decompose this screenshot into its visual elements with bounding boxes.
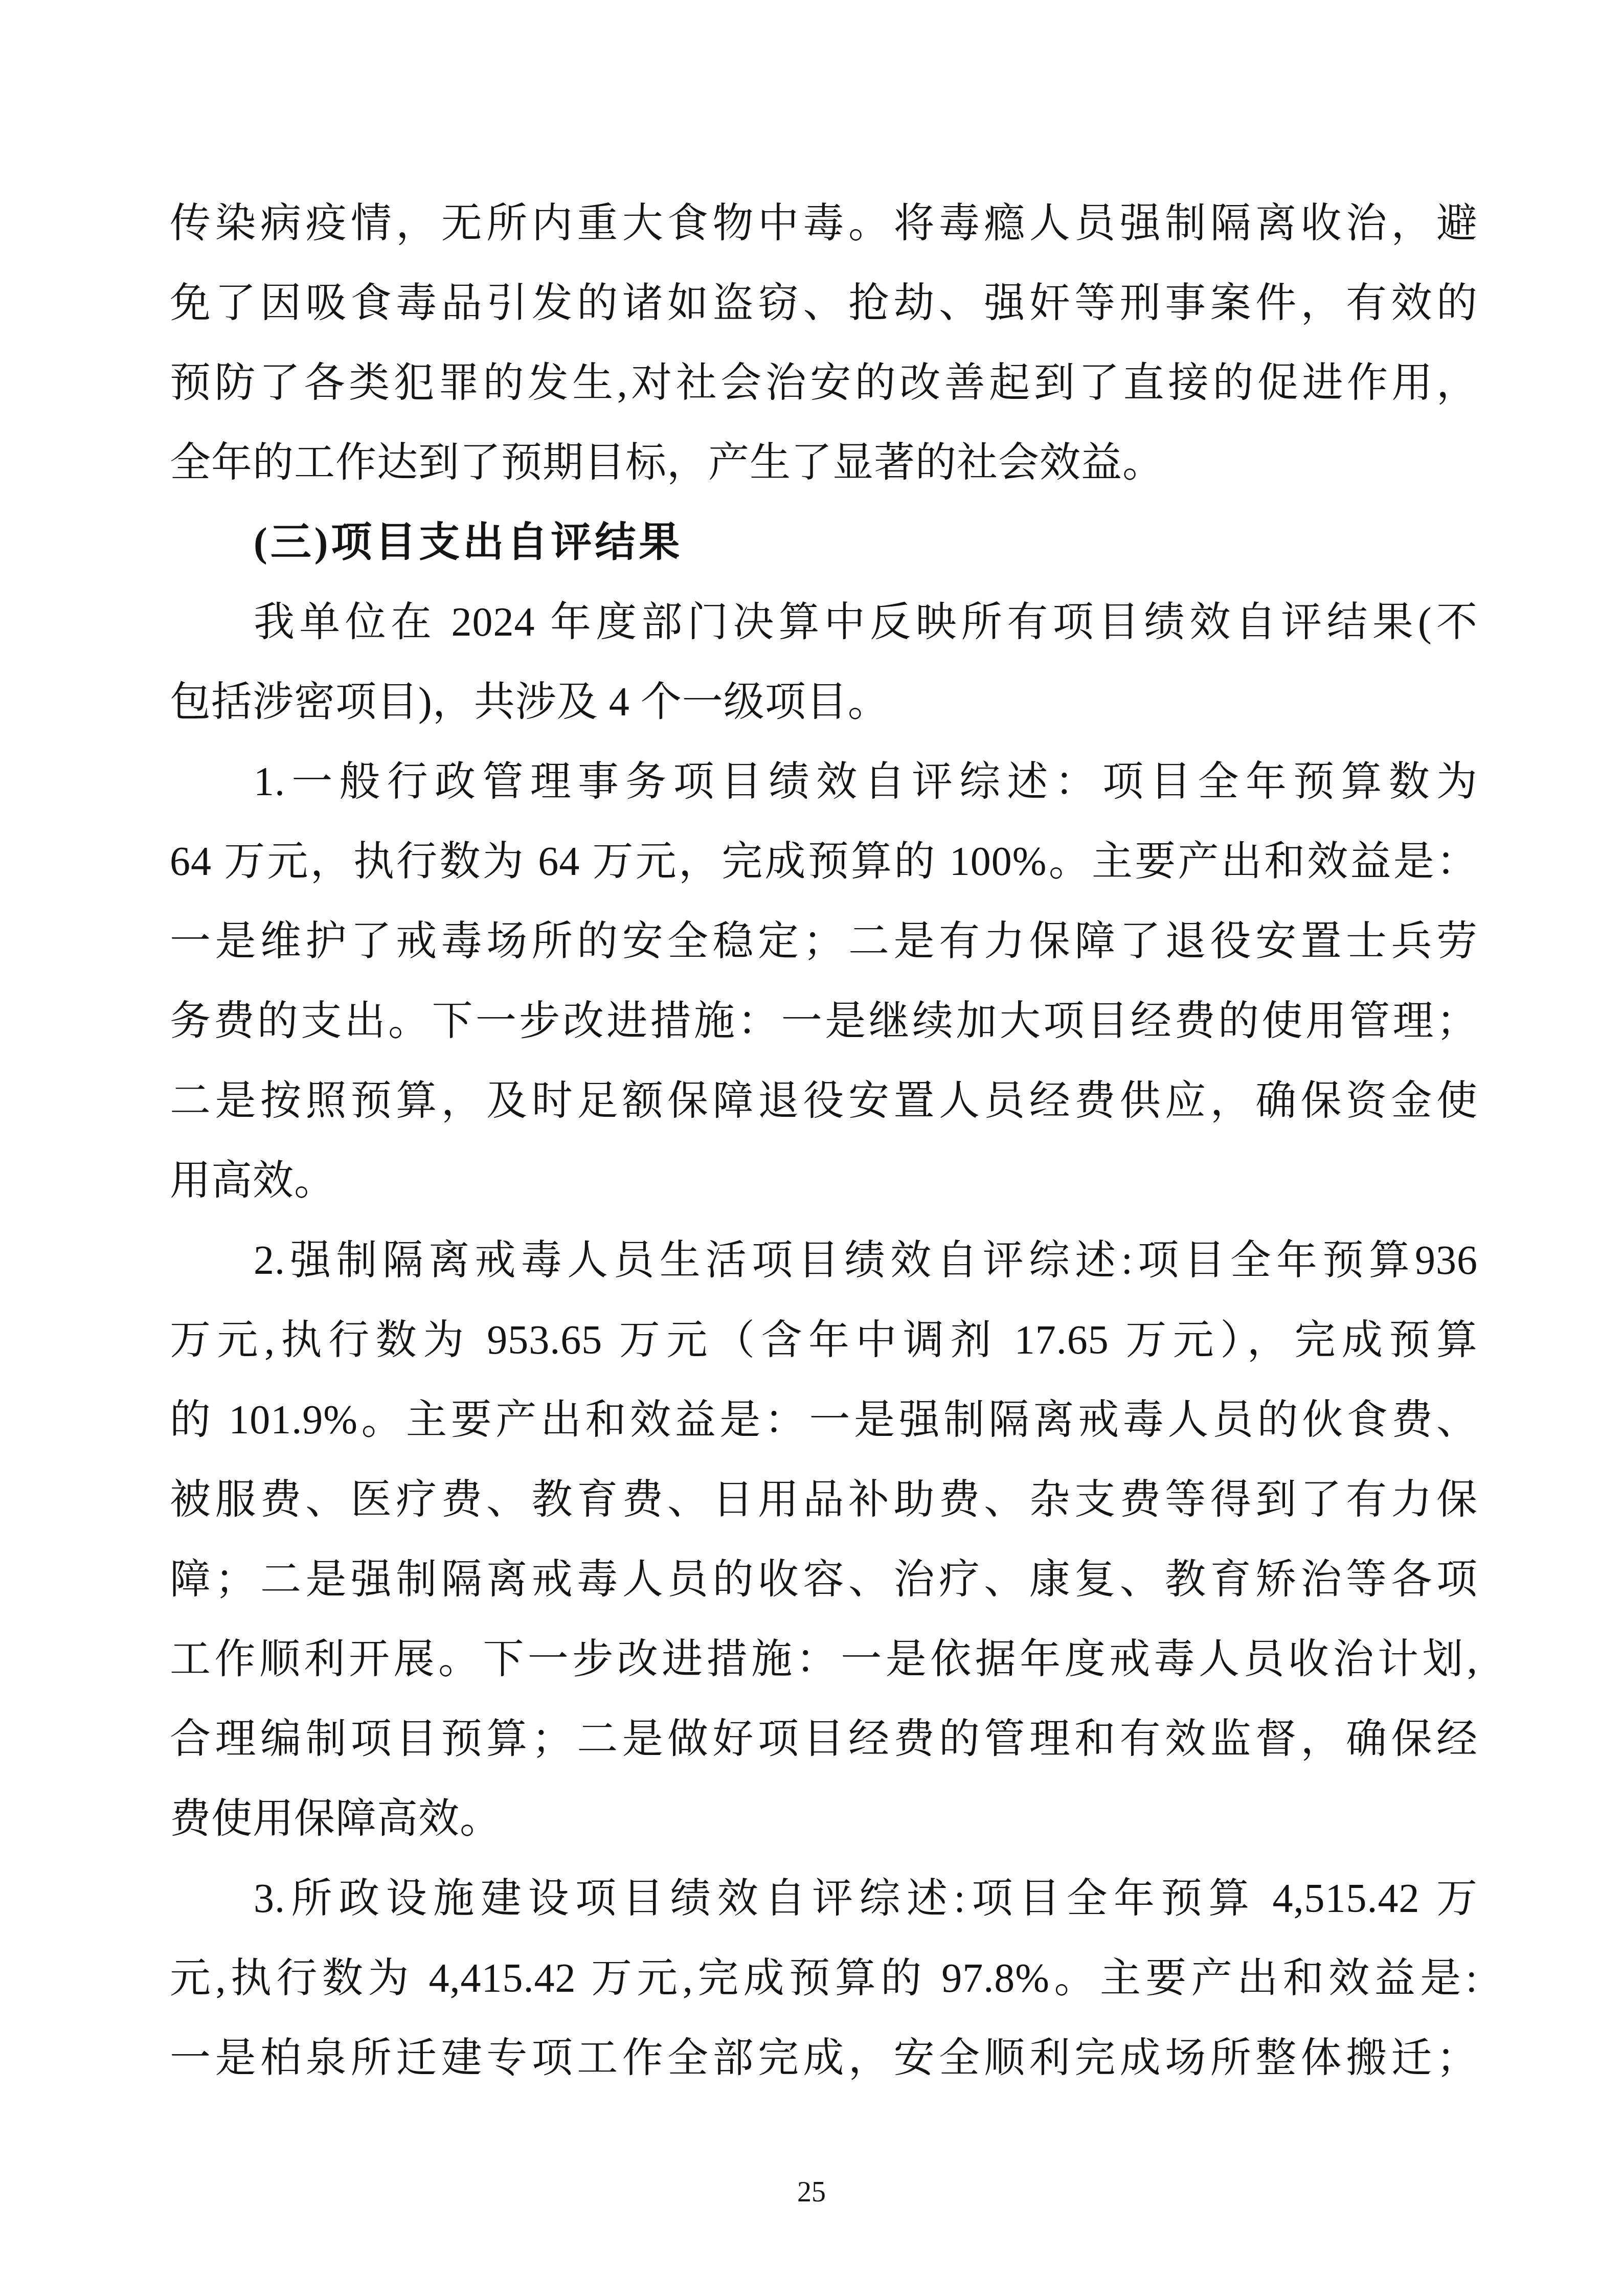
text-line: 全年的工作达到了预期目标，产生了显著的社会效益。 [170, 423, 1478, 503]
text-line: 我单位在 2024 年度部门决算中反映所有项目绩效自评结果(不 [170, 582, 1478, 662]
text-line: 免了因吸食毒品引发的诸如盗窃、抢劫、强奸等刑事案件，有效的 [170, 263, 1478, 343]
text-line: 工作顺利开展。下一步改进措施：一是依据年度戒毒人员收治计划, [170, 1619, 1478, 1699]
document-page: 传染病疫情，无所内重大食物中毒。将毒瘾人员强制隔离收治，避免了因吸食毒品引发的诸… [0, 0, 1623, 2296]
text-line: 3.所政设施建设项目绩效自评综述:项目全年预算 4,515.42 万 [170, 1859, 1478, 1939]
text-line: 万元,执行数为 953.65 万元（含年中调剂 17.65 万元），完成预算 [170, 1300, 1478, 1380]
page-number: 25 [0, 2174, 1623, 2210]
text-line: 二是按照预算，及时足额保障退役安置人员经费供应，确保资金使 [170, 1061, 1478, 1141]
text-line: 预防了各类犯罪的发生,对社会治安的改善起到了直接的促进作用， [170, 343, 1478, 423]
text-line: 传染病疫情，无所内重大食物中毒。将毒瘾人员强制隔离收治，避 [170, 184, 1478, 263]
text-line: 2.强制隔离戒毒人员生活项目绩效自评综述:项目全年预算936 [170, 1221, 1478, 1300]
text-line: 务费的支出。下一步改进措施：一是继续加大项目经费的使用管理； [170, 981, 1478, 1061]
document-body: 传染病疫情，无所内重大食物中毒。将毒瘾人员强制隔离收治，避免了因吸食毒品引发的诸… [170, 184, 1478, 2098]
text-line: 包括涉密项目)，共涉及 4 个一级项目。 [170, 662, 1478, 742]
text-line: 费使用保障高效。 [170, 1779, 1478, 1859]
text-line: 障；二是强制隔离戒毒人员的收容、治疗、康复、教育矫治等各项 [170, 1540, 1478, 1619]
text-line: 64 万元，执行数为 64 万元，完成预算的 100%。主要产出和效益是： [170, 822, 1478, 902]
text-line: 被服费、医疗费、教育费、日用品补助费、杂支费等得到了有力保 [170, 1460, 1478, 1540]
text-line: 的 101.9%。主要产出和效益是：一是强制隔离戒毒人员的伙食费、 [170, 1380, 1478, 1460]
text-line: 一是柏泉所迁建专项工作全部完成，安全顺利完成场所整体搬迁； [170, 2018, 1478, 2098]
text-line: 元,执行数为 4,415.42 万元,完成预算的 97.8%。主要产出和效益是: [170, 1939, 1478, 2018]
text-line: 1.一般行政管理事务项目绩效自评综述：项目全年预算数为 [170, 742, 1478, 822]
section-heading: (三)项目支出自评结果 [170, 503, 1478, 582]
text-line: 合理编制项目预算；二是做好项目经费的管理和有效监督，确保经 [170, 1699, 1478, 1779]
text-line: 用高效。 [170, 1141, 1478, 1221]
text-line: 一是维护了戒毒场所的安全稳定；二是有力保障了退役安置士兵劳 [170, 902, 1478, 981]
